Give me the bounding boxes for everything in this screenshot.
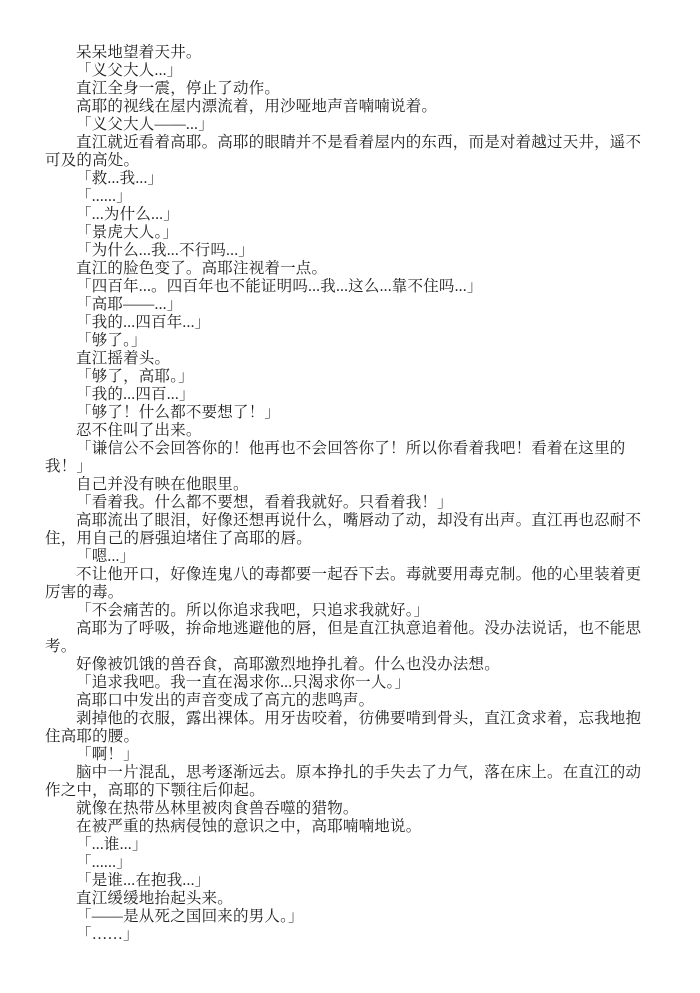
text-line: 脑中一片混乱，思考逐渐远去。原本挣扎的手失去了力气，落在床上。在直江的动 (45, 764, 655, 782)
text-line: 住，用自己的唇强迫堵住了高耶的唇。 (45, 530, 655, 548)
text-line: 呆呆地望着天井。 (45, 44, 655, 62)
text-line: 就像在热带丛林里被肉食兽吞噬的猎物。 (45, 800, 655, 818)
text-line: 「......」 (45, 188, 655, 206)
text-line: 高耶为了呼吸，拚命地逃避他的唇，但是直江执意追着他。没办法说话，也不能思 (45, 620, 655, 638)
text-line: 「不会痛苦的。所以你追求我吧，只追求我就好。」 (45, 602, 655, 620)
text-line: 作之中，高耶的下颚往后仰起。 (45, 782, 655, 800)
text-line: 好像被饥饿的兽吞食，高耶激烈地挣扎着。什么也没办法想。 (45, 656, 655, 674)
text-line: 考。 (45, 638, 655, 656)
text-line: 「我的...四百年...」 (45, 314, 655, 332)
text-line: 不让他开口，好像连鬼八的毒都要一起吞下去。毒就要用毒克制。他的心里装着更 (45, 566, 655, 584)
text-line: 「是谁...在抱我...」 (45, 872, 655, 890)
text-line: 「四百年...。四百年也不能证明吗...我...这么...靠不住吗...」 (45, 278, 655, 296)
text-line: 高耶的视线在屋内漂流着，用沙哑地声音喃喃说着。 (45, 98, 655, 116)
text-line: 高耶口中发出的声音变成了高亢的悲鸣声。 (45, 692, 655, 710)
text-line: 「谦信公不会回答你的！他再也不会回答你了！所以你看着我吧！看着在这里的 (45, 440, 655, 458)
text-line: 「够了，高耶。」 (45, 368, 655, 386)
text-line: 直江就近看着高耶。高耶的眼睛并不是看着屋内的东西，而是对着越过天井，遥不 (45, 134, 655, 152)
text-line: 「...谁...」 (45, 836, 655, 854)
text-line: 「我的...四百...」 (45, 386, 655, 404)
text-line: 「...为什么...」 (45, 206, 655, 224)
text-line: 「——是从死之国回来的男人。」 (45, 908, 655, 926)
text-line: 「高耶——...」 (45, 296, 655, 314)
novel-page: 呆呆地望着天井。「义父大人...」直江全身一震，停止了动作。高耶的视线在屋内漂流… (0, 0, 700, 993)
text-line: 「……」 (45, 926, 655, 944)
text-line: 「为什么...我...不行吗...」 (45, 242, 655, 260)
text-line: 「义父大人——...」 (45, 116, 655, 134)
text-line: 「义父大人...」 (45, 62, 655, 80)
text-line: 「嗯...」 (45, 548, 655, 566)
text-line: 我！」 (45, 458, 655, 476)
text-line: 「够了。」 (45, 332, 655, 350)
text-line: 住高耶的腰。 (45, 728, 655, 746)
text-line: 可及的高处。 (45, 152, 655, 170)
text-line: 直江全身一震，停止了动作。 (45, 80, 655, 98)
text-line: 「够了！什么都不要想了！」 (45, 404, 655, 422)
text-line: 「啊！」 (45, 746, 655, 764)
text-line: 「景虎大人。」 (45, 224, 655, 242)
text-line: 「救...我...」 (45, 170, 655, 188)
text-line: 厉害的毒。 (45, 584, 655, 602)
text-line: 剥掉他的衣服，露出裸体。用牙齿咬着，彷佛要啃到骨头，直江贪求着，忘我地抱 (45, 710, 655, 728)
text-line: 忍不住叫了出来。 (45, 422, 655, 440)
text-line: 直江缓缓地抬起头来。 (45, 890, 655, 908)
text-line: 直江的脸色变了。高耶注视着一点。 (45, 260, 655, 278)
text-line: 高耶流出了眼泪，好像还想再说什么，嘴唇动了动，却没有出声。直江再也忍耐不 (45, 512, 655, 530)
document-text: 呆呆地望着天井。「义父大人...」直江全身一震，停止了动作。高耶的视线在屋内漂流… (45, 44, 655, 944)
text-line: 在被严重的热病侵蚀的意识之中，高耶喃喃地说。 (45, 818, 655, 836)
text-line: 自己并没有映在他眼里。 (45, 476, 655, 494)
text-line: 「......」 (45, 854, 655, 872)
text-line: 「追求我吧。我一直在渴求你...只渴求你一人。」 (45, 674, 655, 692)
text-line: 直江摇着头。 (45, 350, 655, 368)
text-line: 「看着我。什么都不要想，看着我就好。只看着我！」 (45, 494, 655, 512)
